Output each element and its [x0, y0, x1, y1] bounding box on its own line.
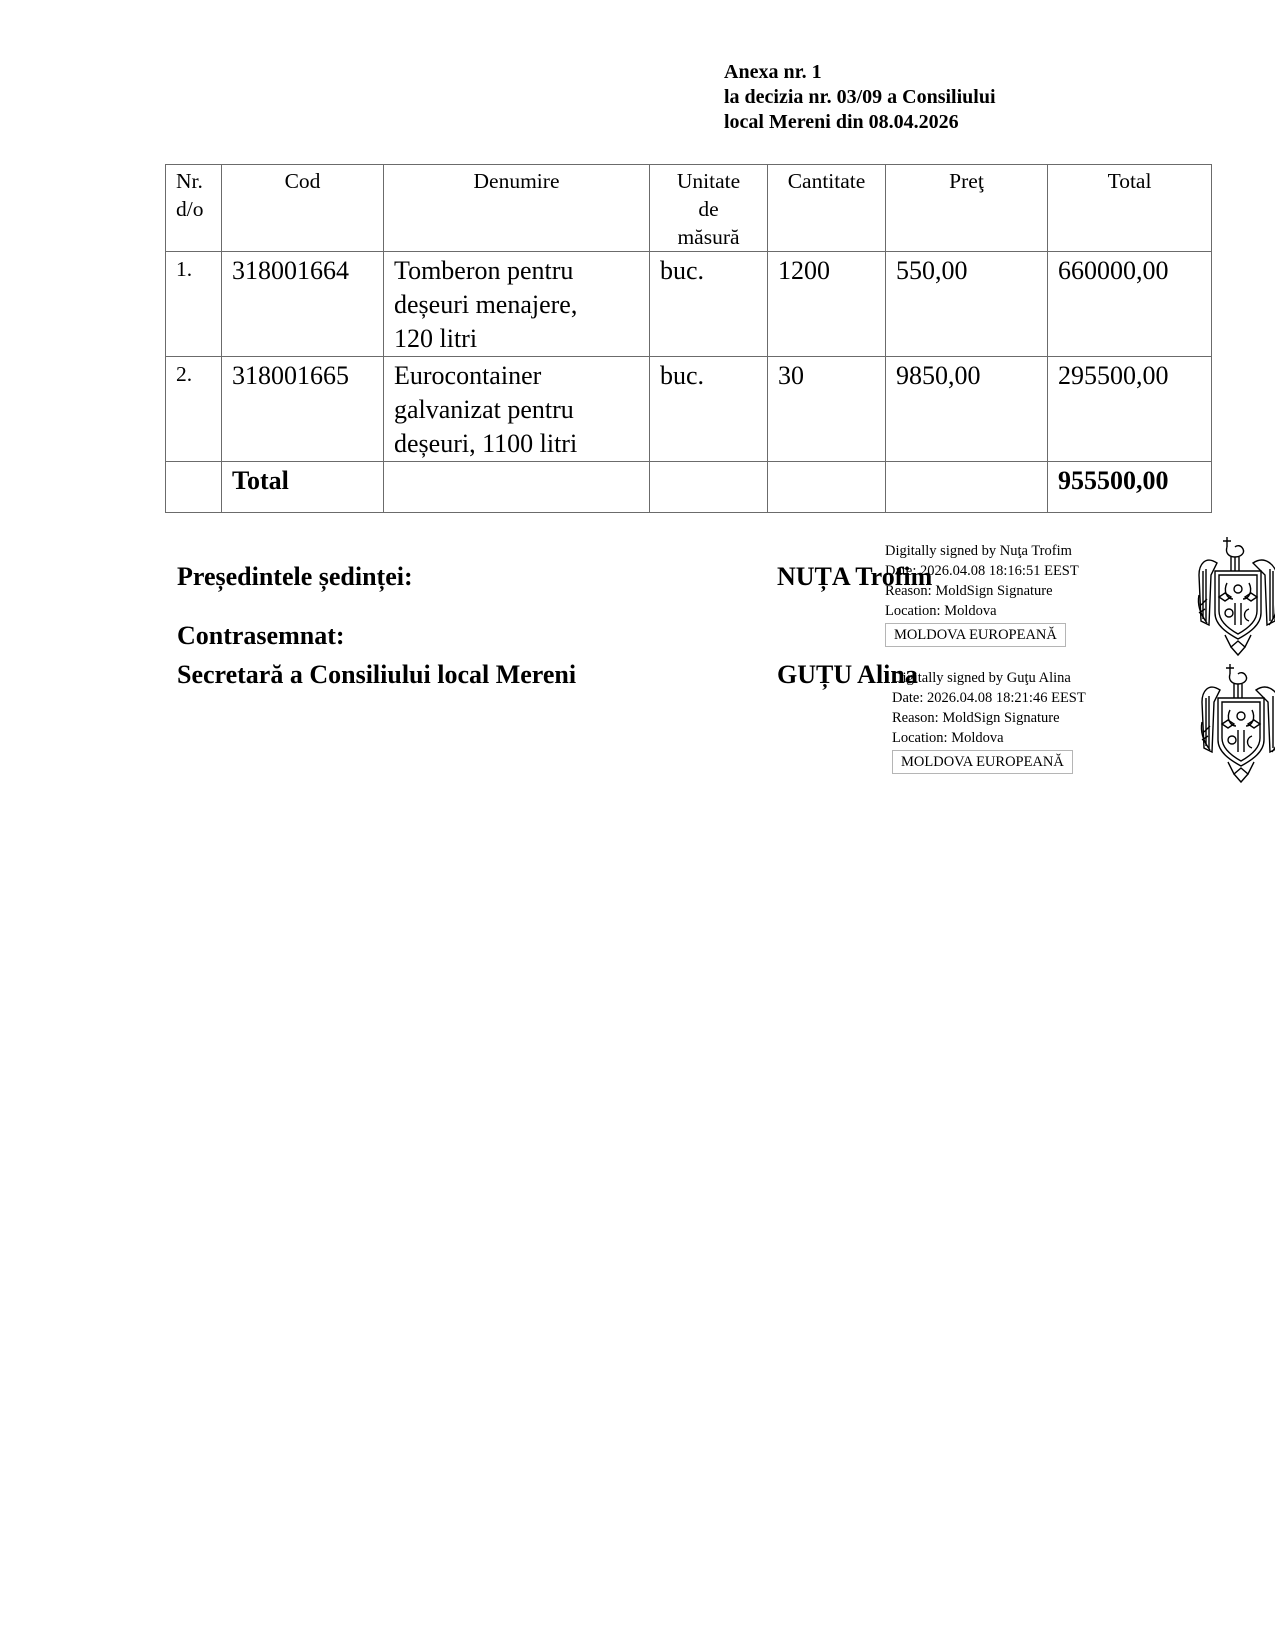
cell-nr: 1. — [166, 252, 222, 357]
digital-signature-block: Digitally signed by Nuţa Trofim Date: 20… — [885, 541, 1079, 647]
cell-pret: 550,00 — [886, 252, 1048, 357]
denumire-line: Eurocontainer — [394, 359, 639, 393]
cell-pret: 9850,00 — [886, 357, 1048, 462]
cell-unitate: buc. — [650, 357, 768, 462]
president-label: Președintele ședinței: — [177, 562, 413, 592]
signature-signed-by: Digitally signed by Nuţa Trofim — [885, 541, 1079, 561]
table-row: 2. 318001665 Eurocontainer galvanizat pe… — [166, 357, 1212, 462]
total-value: 955500,00 — [1048, 462, 1212, 513]
signature-signed-by: Digitally signed by Guţu Alina — [892, 668, 1086, 688]
items-table: Nr. d/o Cod Denumire Unitate de măsură C… — [165, 164, 1212, 513]
cell-cantitate: 30 — [768, 357, 886, 462]
header-total: Total — [1048, 165, 1212, 252]
header-unitate-line1: Unitate — [660, 167, 757, 195]
header-pret: Preţ — [886, 165, 1048, 252]
cell-denumire: Tomberon pentru deșeuri menajere, 120 li… — [384, 252, 650, 357]
signature-date: Date: 2026.04.08 18:21:46 EEST — [892, 688, 1086, 708]
annex-title: Anexa nr. 1 — [724, 60, 996, 85]
table-row: 1. 318001664 Tomberon pentru deșeuri men… — [166, 252, 1212, 357]
header-nr-line1: Nr. — [176, 167, 217, 195]
cell-cod: 318001664 — [222, 252, 384, 357]
cell-nr: 2. — [166, 357, 222, 462]
cell-total: 295500,00 — [1048, 357, 1212, 462]
header-nr: Nr. d/o — [166, 165, 222, 252]
header-denumire: Denumire — [384, 165, 650, 252]
denumire-line: galvanizat pentru — [394, 393, 639, 427]
header-cod: Cod — [222, 165, 384, 252]
denumire-line: 120 litri — [394, 322, 639, 356]
cell-empty — [650, 462, 768, 513]
secretary-name: GUȚU Alina — [777, 660, 918, 690]
header-nr-line2: d/o — [176, 195, 217, 223]
cell-cantitate: 1200 — [768, 252, 886, 357]
denumire-line: deșeuri menajere, — [394, 288, 639, 322]
header-unitate-line3: măsură — [660, 223, 757, 251]
cell-cod: 318001665 — [222, 357, 384, 462]
cell-denumire: Eurocontainer galvanizat pentru deșeuri,… — [384, 357, 650, 462]
annex-decision-ref: la decizia nr. 03/09 a Consiliului — [724, 85, 996, 110]
header-unitate: Unitate de măsură — [650, 165, 768, 252]
signature-stamp: MOLDOVA EUROPEANĂ — [885, 623, 1066, 647]
countersigned-label: Contrasemnat: — [177, 621, 345, 651]
cell-empty — [886, 462, 1048, 513]
digital-signature-block: Digitally signed by Guţu Alina Date: 202… — [892, 668, 1086, 774]
signature-reason: Reason: MoldSign Signature — [892, 708, 1086, 728]
denumire-line: Tomberon pentru — [394, 254, 639, 288]
signature-location: Location: Moldova — [892, 728, 1086, 748]
cell-total: 660000,00 — [1048, 252, 1212, 357]
total-label: Total — [222, 462, 384, 513]
cell-unitate: buc. — [650, 252, 768, 357]
signature-location: Location: Moldova — [885, 601, 1079, 621]
signature-stamp: MOLDOVA EUROPEANĂ — [892, 750, 1073, 774]
cell-empty — [384, 462, 650, 513]
cell-empty — [166, 462, 222, 513]
table-header-row: Nr. d/o Cod Denumire Unitate de măsură C… — [166, 165, 1212, 252]
denumire-line: deșeuri, 1100 litri — [394, 427, 639, 461]
moldova-coat-of-arms-icon — [1195, 535, 1275, 657]
header-unitate-line2: de — [660, 195, 757, 223]
header-cantitate: Cantitate — [768, 165, 886, 252]
annex-council-date: local Mereni din 08.04.2026 — [724, 110, 996, 135]
table-total-row: Total 955500,00 — [166, 462, 1212, 513]
moldova-coat-of-arms-icon — [1198, 662, 1275, 784]
secretary-label: Secretară a Consiliului local Mereni — [177, 660, 576, 690]
annex-header: Anexa nr. 1 la decizia nr. 03/09 a Consi… — [724, 60, 996, 135]
president-name: NUȚA Trofim — [777, 562, 932, 592]
cell-empty — [768, 462, 886, 513]
